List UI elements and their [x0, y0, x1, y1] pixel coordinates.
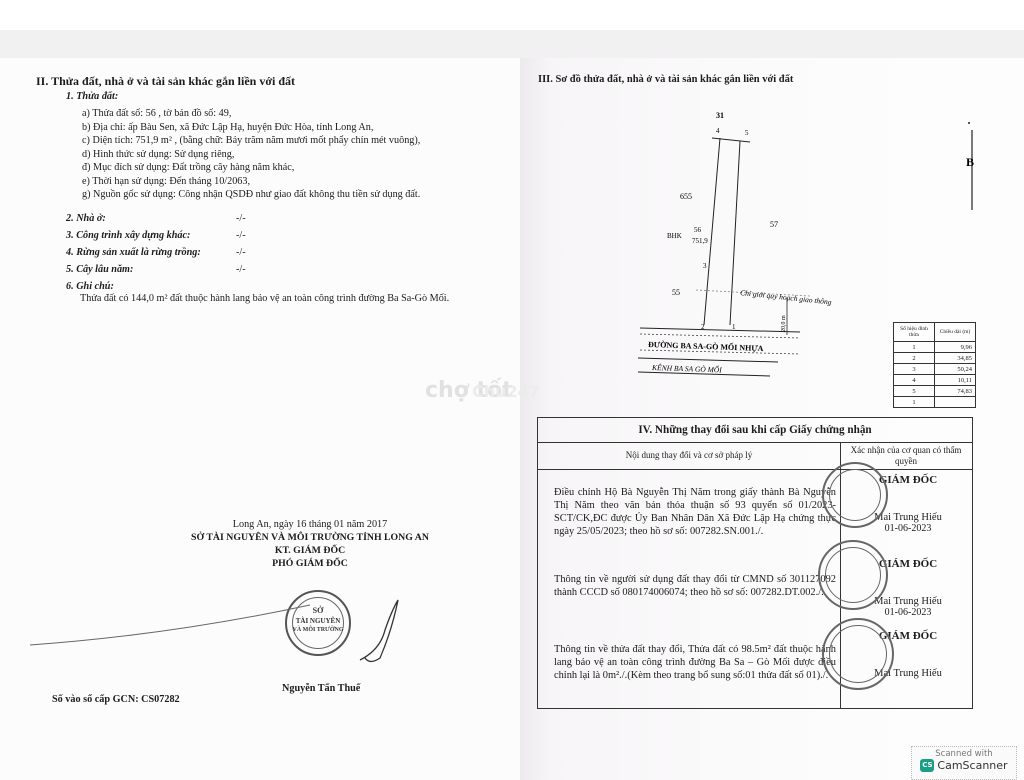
svg-text:B: B	[966, 155, 974, 169]
gcn-number: Số vào sổ cấp GCN: CS07282	[52, 694, 180, 705]
land-item: c) Diện tích: 751,9 m² , (bằng chữ: Bảy …	[82, 135, 420, 146]
sign-date: Long An, ngày 16 tháng 01 năm 2017	[180, 518, 440, 531]
svg-text:5: 5	[745, 129, 749, 137]
section-iii-title: III. Sơ đồ thửa đất, nhà ở và tài sản kh…	[538, 74, 793, 85]
svg-text:2: 2	[701, 323, 705, 331]
change-entry-text: Điều chỉnh Hộ Bà Nguyễn Thị Năm trong gi…	[554, 486, 836, 538]
land-item: d) Hình thức sử dụng: Sử dụng riêng,	[82, 149, 234, 160]
camscanner-logo-icon: CS	[920, 759, 934, 772]
land-heading: 1. Thửa đất:	[66, 91, 118, 102]
land-item: e) Thời hạn sử dụng: Đến tháng 10/2063,	[82, 176, 250, 187]
svg-text:BHK: BHK	[667, 232, 682, 240]
district-stamp-3	[822, 618, 894, 690]
svg-text:4: 4	[716, 127, 720, 135]
watermark-brand-2: Chu247	[472, 382, 540, 401]
edge-row: 410,11	[894, 375, 976, 386]
svg-text:1: 1	[732, 323, 736, 331]
left-signer-name: Nguyễn Tấn Thuế	[282, 683, 360, 694]
svg-text:31: 31	[716, 111, 724, 120]
edge-row: 350,24	[894, 364, 976, 375]
svg-text:56: 56	[694, 226, 702, 234]
role-kt: KT. GIÁM ĐỐC	[180, 544, 440, 557]
svg-text:655: 655	[680, 192, 692, 201]
land-item: g) Nguồn gốc sử dụng: Công nhận QSDĐ như…	[82, 189, 420, 200]
edge-length-table: Số hiệu đỉnh thửaChiều dài (m)19,96234,8…	[893, 322, 976, 408]
svg-text:Chỉ giới quy hoạch giao thông: Chỉ giới quy hoạch giao thông	[740, 288, 832, 307]
changes-header-row: Nội dung thay đổi và cơ sở pháp lý Xác n…	[538, 443, 972, 470]
land-item: đ) Mục đích sử dụng: Đất trồng cây hàng …	[82, 162, 294, 173]
svg-text:3: 3	[703, 262, 707, 270]
note-text: Thửa đất có 144,0 m² đất thuộc hành lang…	[80, 293, 449, 304]
district-stamp-1	[822, 462, 888, 528]
change-entry-text: Thông tin về thửa đất thay đổi, Thửa đất…	[554, 643, 836, 682]
changes-table: IV. Những thay đổi sau khi cấp Giấy chứn…	[537, 417, 973, 709]
edge-row: 574,83	[894, 386, 976, 397]
section-ii-title: II. Thửa đất, nhà ở và tài sản khác gắn …	[36, 74, 295, 89]
left-page: II. Thửa đất, nhà ở và tài sản khác gắn …	[0, 58, 520, 780]
item-label: 2. Nhà ở:	[66, 213, 106, 224]
col-content-header: Nội dung thay đổi và cơ sở pháp lý	[538, 450, 840, 460]
edge-row: 1	[894, 397, 976, 408]
svg-text:57: 57	[770, 220, 778, 229]
changes-title: IV. Những thay đổi sau khi cấp Giấy chứn…	[538, 418, 972, 443]
svg-text:20,0 m: 20,0 m	[781, 315, 787, 332]
district-stamp-2	[818, 540, 888, 610]
item-value: -/-	[236, 247, 246, 258]
edge-row: 19,96	[894, 342, 976, 353]
item-value: -/-	[236, 264, 246, 275]
change-entry-text: Thông tin về người sử dụng đất thay đổi …	[554, 573, 836, 599]
signature-scribble	[20, 590, 440, 670]
camscanner-line2: CamScanner	[937, 759, 1007, 772]
note-label: 6. Ghi chú:	[66, 281, 114, 292]
svg-text:751,9: 751,9	[692, 237, 708, 245]
agency-name: SỞ TÀI NGUYÊN VÀ MÔI TRƯỜNG TỈNH LONG AN	[180, 531, 440, 544]
land-item: b) Địa chỉ: ấp Bàu Sen, xã Đức Lập Hạ, h…	[82, 122, 373, 133]
role-deputy: PHÓ GIÁM ĐỐC	[180, 557, 440, 570]
land-item: a) Thửa đất số: 56 , tờ bản đồ số: 49,	[82, 108, 231, 119]
item-value: -/-	[236, 230, 246, 241]
top-band	[0, 30, 1024, 60]
item-label: 3. Công trình xây dựng khác:	[66, 230, 190, 241]
item-label: 5. Cây lâu năm:	[66, 264, 133, 275]
camscanner-line1: Scanned with	[912, 749, 1016, 759]
camscanner-badge: Scanned with CSCamScanner	[911, 746, 1017, 780]
left-signature-block: Long An, ngày 16 tháng 01 năm 2017 SỞ TÀ…	[180, 518, 440, 570]
item-label: 4. Rừng sản xuất là rừng trồng:	[66, 247, 201, 258]
edge-row: 234,85	[894, 353, 976, 364]
item-value: -/-	[236, 213, 246, 224]
svg-text:55: 55	[672, 288, 680, 297]
